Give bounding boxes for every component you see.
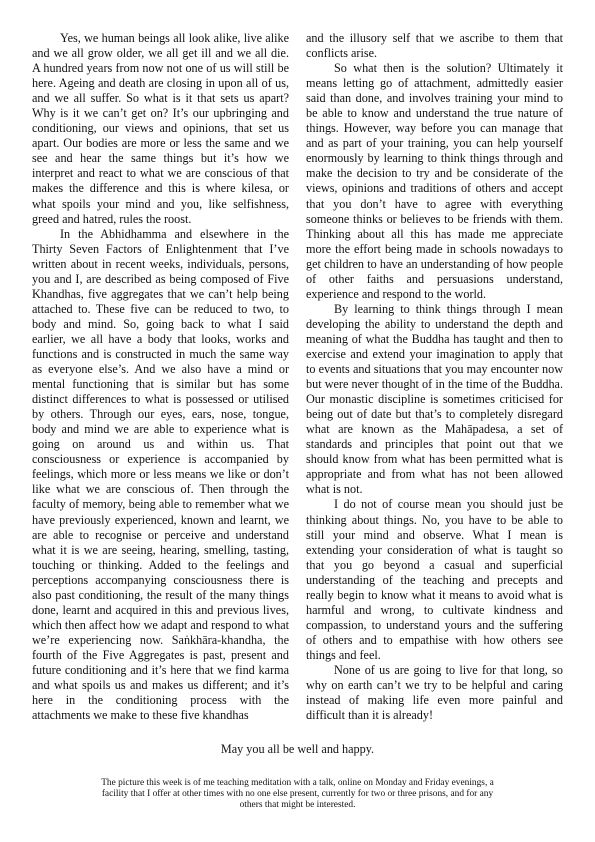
paragraph: None of us are going to live for that lo… (306, 663, 563, 723)
paragraph: I do not of course mean you should just … (306, 497, 563, 663)
picture-caption: The picture this week is of me teaching … (100, 778, 495, 812)
paragraph: So what then is the solution? Ultimately… (306, 61, 563, 302)
right-column: and the illusory self that we ascribe to… (306, 31, 563, 723)
paragraph-continued: and the illusory self that we ascribe to… (306, 31, 563, 61)
paragraph: Yes, we human beings all look alike, liv… (32, 31, 289, 227)
closing-blessing: May you all be well and happy. (0, 742, 595, 757)
paragraph: By learning to think things through I me… (306, 302, 563, 498)
left-column: Yes, we human beings all look alike, liv… (32, 31, 289, 723)
paragraph: In the Abhidhamma and elsewhere in the T… (32, 227, 289, 724)
article-body: Yes, we human beings all look alike, liv… (32, 31, 563, 723)
